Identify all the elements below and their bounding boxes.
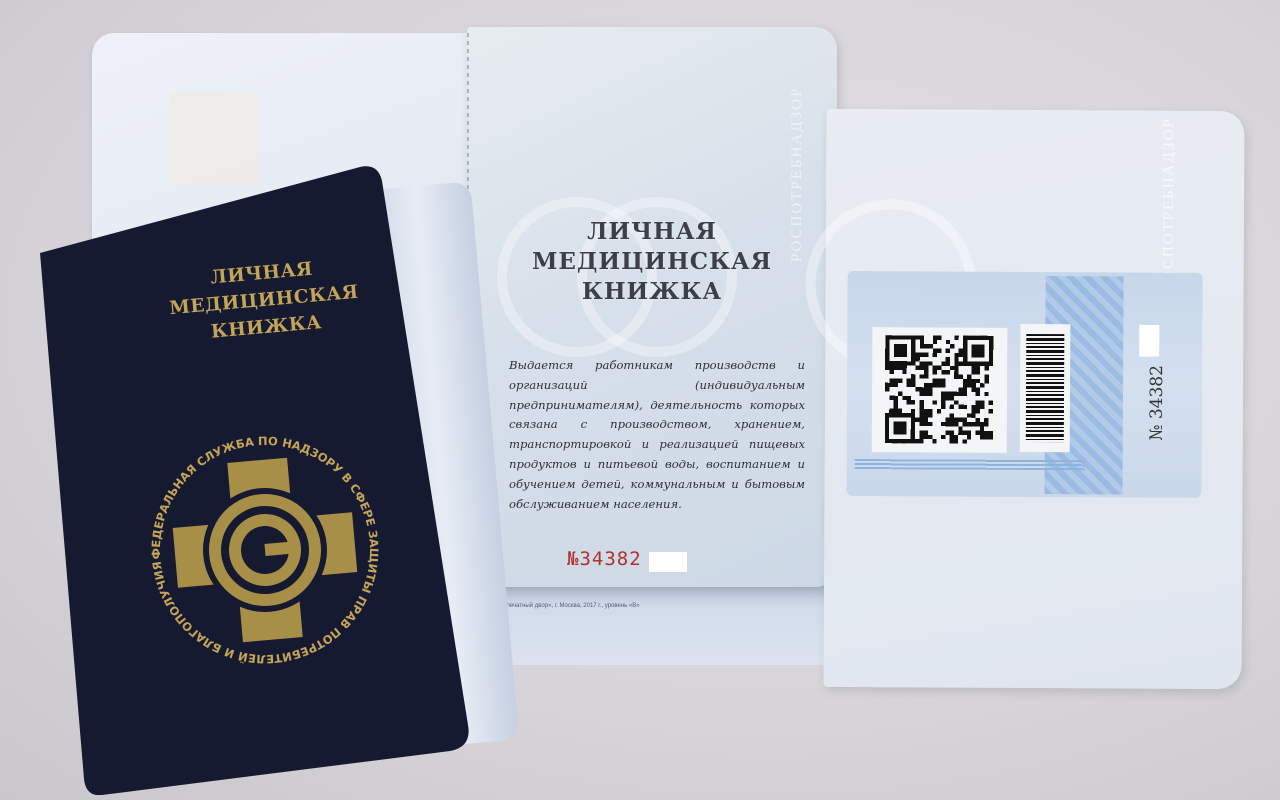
right-booklet-page: РОСПОТРЕБНАДЗОР № 34382 — [823, 109, 1244, 689]
barcode — [1020, 324, 1071, 452]
redacted-digits — [1139, 325, 1159, 357]
title-page: РОСПОТРЕБНАДЗОР ЛИЧНАЯ МЕДИЦИНСКАЯ КНИЖК… — [467, 27, 837, 587]
rospotrebnadzor-emblem-icon: ФЕДЕРАЛЬНАЯ СЛУЖБА ПО НАДЗОРУ В СФЕРЕ ЗА… — [124, 409, 406, 691]
issuance-description: Выдается работникам производств и органи… — [509, 356, 805, 514]
qr-code — [872, 327, 1008, 453]
sticker-serial-number: № 34382 — [1147, 365, 1167, 441]
redacted-digits — [649, 552, 687, 572]
security-sticker: № 34382 — [846, 271, 1202, 498]
serial-number: №34382 — [567, 548, 642, 570]
closed-booklet-cover: ЛИЧНАЯ МЕДИЦИНСКАЯ КНИЖКА ФЕДЕРАЛЬНАЯ СЛ… — [40, 165, 470, 795]
inner-title: ЛИЧНАЯ МЕДИЦИНСКАЯ КНИЖКА — [467, 217, 837, 307]
underlying-page — [472, 585, 832, 665]
agency-vertical-text: РОСПОТРЕБНАДЗОР — [1161, 117, 1179, 293]
